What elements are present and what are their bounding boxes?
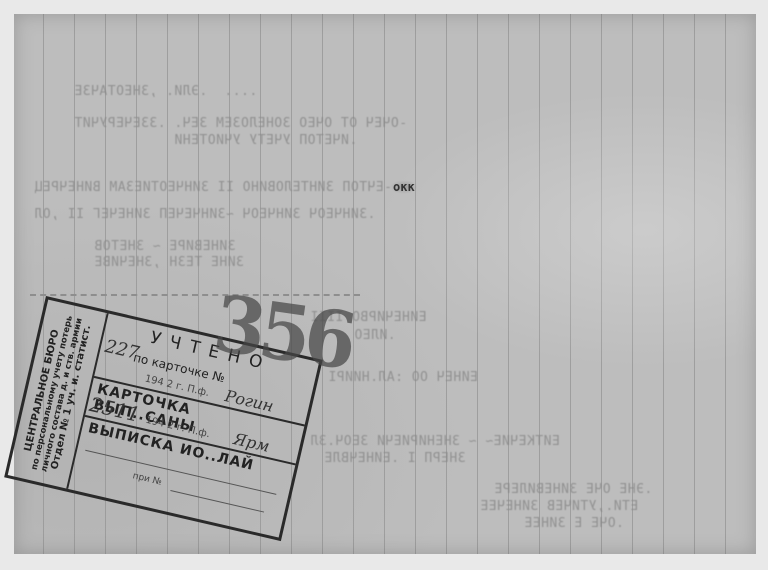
bleed-line: .ЭНЕ ОЧЕ ЗИНЕВИЛЕРЕ [494,482,652,497]
bleed-line: .ИЧЕТОП УЧЕТУ УЧИОТЕНИ [174,133,357,148]
pencil-annotation-number: 356 [208,279,356,387]
bleed-line: .ОЧЕ Е ЗИНЕЕ [524,516,624,531]
bleed-line: .ЗИНЧЕОЧ ЗИНЧЕОЧ ~ЗИНЧЕЧЕП ЗИНЕЧЕГ ІІ ,О… [34,207,375,222]
bleed-line: ЗИНЕВИРЕ ~ ЗНЕТОВ [94,239,236,254]
bleed-line: ЗНЕРП І .ЕИНЕЧВЛЕ [324,451,466,466]
readable-typed-word: окк [390,180,418,194]
bleed-line: .... .ЭЛИ. ,ЗНЕОТАЧЗЕ [74,84,257,99]
bleed-line: ЗИНЕ ТЕЗН ,ЗНЕЧИВЕ [94,255,244,270]
bleed-line: ЕИНЕЧ ОО :АЛ.НИИРІ [328,370,478,385]
bleed-line: ЕИТКЕЧИЕ~ ~ ЗНЕНИРИЕЧИ ЗЕОЧ.ЗЛ [310,434,560,449]
bleed-line: -ОЧЕЧ ОТ ОЧЕО ЗОНЕЛОЗЕМ ЗЕЧ. .ЗЗЕЧЕРУЧИТ [74,116,407,131]
bleed-line: .ИЛЕО [354,328,396,343]
bleed-line: ЕТИ.,УТИЧЕВ ЗИНЕЧЕЕ [480,499,638,514]
bleed-line: .-ЕЧТОП ЗИНТЕЛОВИНО ІІ ЗИНЧЕОТИЕЗАМ ВИНЕ… [34,180,400,195]
